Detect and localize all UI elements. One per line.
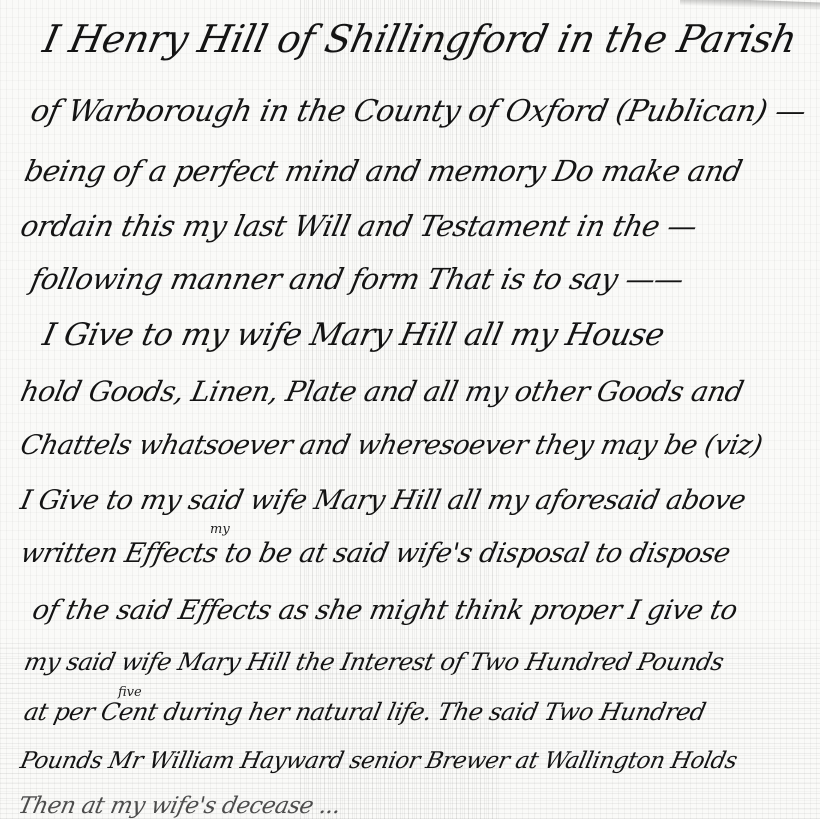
interlinear-insertion-my: my	[210, 522, 230, 537]
will-line-7: hold Goods, Linen, Plate and all my othe…	[18, 378, 746, 406]
page-edge-shadow	[680, 0, 820, 10]
will-line-1: I Henry Hill of Shillingford in the Pari…	[40, 20, 800, 58]
will-line-6: I Give to my wife Mary Hill all my House	[40, 320, 667, 351]
scanned-will-page: I Henry Hill of Shillingford in the Pari…	[0, 0, 820, 819]
will-line-9: I Give to my said wife Mary Hill all my …	[18, 487, 748, 514]
will-line-10: written Effects to be at said wife's dis…	[18, 540, 733, 567]
will-line-5: following manner and form That is to say…	[28, 265, 686, 294]
will-line-4: ordain this my last Will and Testament i…	[18, 212, 699, 241]
will-line-13: at per Cent during her natural life. The…	[22, 700, 708, 724]
will-line-11: of the said Effects as she might think p…	[30, 597, 740, 624]
will-line-12: my said wife Mary Hill the Interest of T…	[22, 650, 726, 674]
interlinear-insertion-five: five	[118, 685, 142, 700]
will-line-8: Chattels whatsoever and wheresoever they…	[18, 432, 765, 459]
will-line-14: Pounds Mr William Hayward senior Brewer …	[18, 750, 739, 773]
will-line-2: of Warborough in the County of Oxford (P…	[28, 97, 808, 127]
will-line-3: being of a perfect mind and memory Do ma…	[22, 157, 744, 186]
will-line-15: Then at my wife's decease ...	[16, 795, 342, 818]
